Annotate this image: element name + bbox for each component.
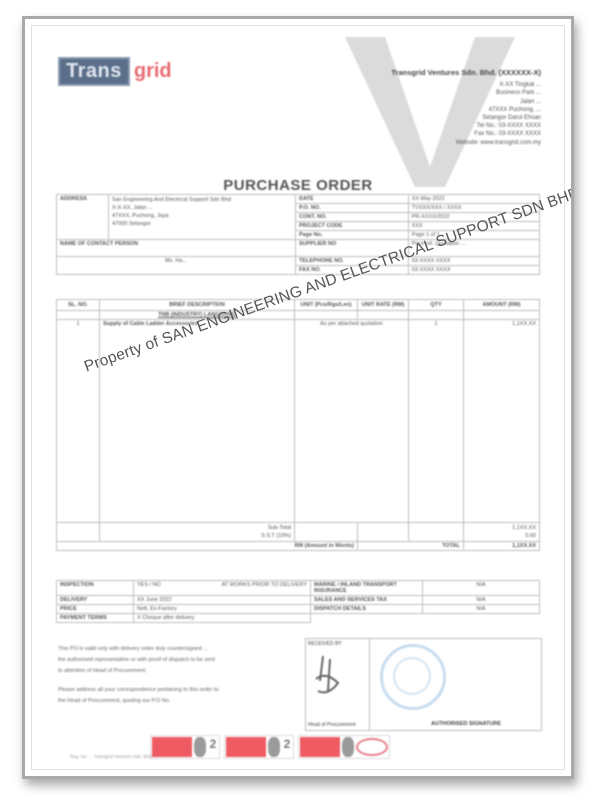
inspection-value: YES / NO (137, 582, 161, 588)
items-table: SL. NO. BRIEF DESCRIPTION UNIT (Pcs/Rgs/… (56, 299, 540, 551)
footer-text: Reg. No. ... Transgrid Ventures Sdn. Bhd… (70, 754, 530, 759)
empty-cell (409, 523, 464, 542)
term-label: PRICE (57, 605, 134, 614)
handwritten-signature-icon (308, 651, 348, 701)
empty-cell (295, 523, 358, 542)
col-header: UNIT RATE (RM) (358, 300, 409, 311)
logo-grid-text: grid (134, 60, 172, 83)
company-address-5: Selangor Darul Ehsan (391, 114, 541, 122)
term-label: DELIVERY (57, 596, 134, 605)
sst-label: S.S.T (10%) (103, 532, 291, 540)
address-line: San Engineering And Electrical Support S… (112, 196, 292, 204)
total-label: TOTAL (358, 542, 464, 551)
term-label: INSPECTION (57, 581, 134, 596)
term-value: XX June 2022 (134, 596, 311, 605)
company-address-4: 47XXX Puchong, ... (391, 106, 541, 114)
col-header: SL. NO. (57, 300, 100, 311)
empty-cell (409, 311, 464, 320)
note-line: the Head of Procurement, quoting our P.O… (58, 696, 308, 707)
item-unit: As per attached quotation (295, 320, 409, 523)
subtotal-value: 1,1XX.XX (467, 524, 536, 532)
empty-cell (358, 523, 409, 542)
company-address-1: X-XX Tingkat ... (391, 81, 541, 89)
authorized-signature-label: AUTHORISED SIGNATURE (431, 721, 501, 727)
head-procurement-label: Head of Procurement (308, 722, 356, 728)
company-name: Transgrid Ventures Sdn. Bhd. (XXXXXX-X) (391, 69, 541, 77)
field-label: PROJECT CODE (296, 222, 409, 231)
sst-value: 0.00 (467, 532, 536, 540)
field-label: P.O. NO. (296, 204, 409, 213)
company-tel: Tel No.: 03-XXXX XXXX (391, 122, 541, 130)
field-label: Page No. (296, 231, 409, 240)
address-line: X-X-XX, Jalan ... (112, 204, 292, 212)
address-line: 47000 Selangor (112, 220, 292, 228)
charge-value: N/A (423, 605, 540, 614)
note-line: Please address all your correspondence p… (58, 685, 308, 696)
note-line: This PO is valid only with delivery orde… (58, 644, 308, 655)
field-value: 03-XXXX XXXX (408, 257, 539, 266)
logo-trans-text: Trans (58, 57, 130, 86)
subtotal-labels: Sub-Total S.S.T (10%) (100, 523, 295, 542)
field-label: CONT. NO. (296, 213, 409, 222)
document-title: PURCHASE ORDER (25, 177, 571, 194)
inspection-extra: AT WORKS PRIOR TO DELIVERY (222, 582, 307, 588)
total-value: 1,1XX.XX (464, 542, 540, 551)
charge-label: DISPATCH DETAILS (311, 605, 423, 614)
received-by-label: RECEIVED BY (308, 641, 367, 647)
document-page: Trans grid Transgrid Ventures Sdn. Bhd. … (22, 16, 574, 779)
address-label: ADDRESS (57, 195, 109, 240)
charge-value: N/A (423, 596, 540, 605)
subtotal-label: Sub-Total (103, 524, 291, 532)
address-line: 47XXX, Puchong, Jaya (112, 212, 292, 220)
empty-cell (311, 614, 540, 623)
note-line: the authorised representative or with pr… (58, 655, 308, 666)
field-label: DATE (296, 195, 409, 204)
term-value: Nett, Ex-Factory (134, 605, 311, 614)
charge-value: N/A (423, 581, 540, 596)
item-qty: 1 (409, 320, 464, 523)
company-address-3: Jalan ... (391, 98, 541, 106)
company-fax: Fax No.: 03-XXXX XXXX (391, 130, 541, 138)
item-sl: 1 (57, 320, 100, 523)
col-header: QTY (409, 300, 464, 311)
empty-cell (57, 311, 100, 320)
company-stamp-icon (380, 644, 446, 710)
empty-cell (464, 311, 540, 320)
item-amount: 1,1XX.XX (464, 320, 540, 523)
col-header: AMOUNT (RM) (464, 300, 540, 311)
address-value: San Engineering And Electrical Support S… (109, 195, 296, 240)
term-value: YES / NO AT WORKS PRIOR TO DELIVERY (134, 581, 311, 596)
company-info: Transgrid Ventures Sdn. Bhd. (XXXXXX-X) … (391, 69, 541, 147)
charge-label: SALES AND SERVICES TAX (311, 596, 423, 605)
empty-cell (57, 523, 100, 542)
charge-label: MARINE / INLAND TRANSPORT INSURANCE (311, 581, 423, 596)
term-value: X Cheque after delivery (134, 614, 311, 623)
note-line: to attention of Head of Procurement. (58, 666, 308, 677)
contact-label: NAME OF CONTACT PERSON (57, 240, 296, 257)
field-value: XX May 2022 (408, 195, 539, 204)
col-header: UNIT (Pcs/Rgs/Len) (295, 300, 358, 311)
field-value: 03-XXXX XXXX (408, 266, 539, 275)
subtotal-values: 1,1XX.XX 0.00 (464, 523, 540, 542)
terms-table: INSPECTION YES / NO AT WORKS PRIOR TO DE… (56, 580, 540, 623)
empty-cell (358, 311, 409, 320)
amount-words-label: RM (Amount in Words) (57, 542, 358, 551)
term-label: PAYMENT TERMS (57, 614, 134, 623)
company-website: Website: www.transgrid.com.my (391, 139, 541, 147)
company-address-2: Business Park ... (391, 89, 541, 97)
po-notes: This PO is valid only with delivery orde… (58, 644, 308, 707)
empty-cell (295, 311, 358, 320)
transgrid-logo: Trans grid (58, 57, 172, 86)
contact-value: Ms. Ha... (57, 257, 296, 275)
